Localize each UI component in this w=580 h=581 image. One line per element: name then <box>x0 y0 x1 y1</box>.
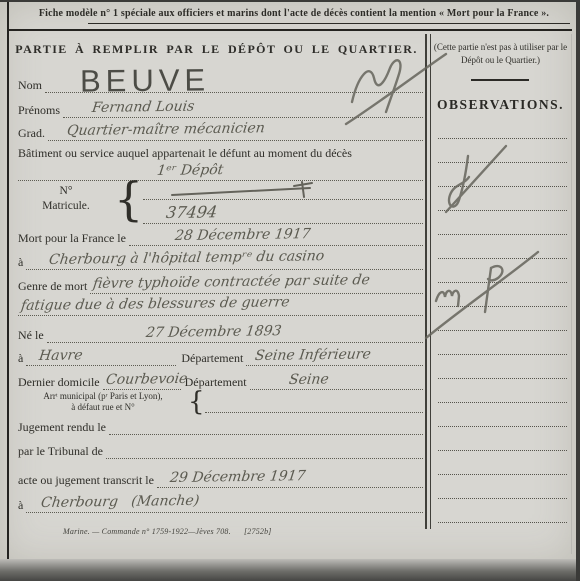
observations-title: OBSERVATIONS. <box>429 97 572 113</box>
field-nom: Nom BEUVE <box>18 71 423 93</box>
field-ne-a-label: à <box>18 352 26 366</box>
ruled-line <box>438 235 567 259</box>
ruled-line <box>438 115 567 139</box>
banner-underline <box>88 23 570 24</box>
photo-bottom-shadow <box>0 559 576 581</box>
field-matricule-line2: 37494 <box>143 200 423 224</box>
ruled-line <box>438 355 567 379</box>
field-grade-value: Quartier-maître mécanicien <box>66 120 266 139</box>
field-ne-a-line: Havre <box>26 343 176 366</box>
field-domicile-dept-value: Seine <box>288 371 330 388</box>
field-domicile-value: Courbevoie <box>105 371 188 388</box>
field-jugement-line <box>109 412 423 435</box>
field-nom-label: Nom <box>18 79 45 93</box>
field-genre-mort-value2: fatigue due à des blessures de guerre <box>20 294 291 314</box>
field-grade: Grad. Quartier-maître mécanicien <box>18 119 423 141</box>
field-jugement: Jugement rendu le <box>18 413 423 435</box>
field-genre-mort-value1: fièvre typhoïde contractée par suite de <box>92 272 371 292</box>
ruled-line <box>438 427 567 451</box>
field-transcrit-a-line: Cherbourg (Manche) <box>26 490 423 513</box>
banner-text: Fiche modèle n° 1 spéciale aux officiers… <box>14 8 574 19</box>
right-note: (Cette partie n'est pas à utiliser par l… <box>433 41 568 66</box>
field-transcrit-a-label: à <box>18 499 26 513</box>
field-nom-line: BEUVE <box>45 70 423 93</box>
observations-lines <box>438 115 567 523</box>
ruled-line <box>438 187 567 211</box>
field-ne-a-value: Havre <box>38 347 84 364</box>
field-tribunal: par le Tribunal de <box>18 437 423 459</box>
field-ne-le-value: 27 Décembre 1893 <box>145 323 282 341</box>
field-nom-value: BEUVE <box>80 64 210 96</box>
ruled-line <box>438 139 567 163</box>
field-matricule: N° Matricule. { 37494 <box>18 176 423 222</box>
ruled-line <box>438 499 567 523</box>
document-paper: Fiche modèle n° 1 spéciale aux officiers… <box>0 2 576 562</box>
field-matricule-line1 <box>143 176 423 200</box>
field-mort-le-value: 28 Décembre 1917 <box>174 226 311 244</box>
field-jugement-label: Jugement rendu le <box>18 421 109 435</box>
field-grade-line: Quartier-maître mécanicien <box>48 118 423 141</box>
field-genre-mort-label: Genre de mort <box>18 280 90 294</box>
field-genre-mort-cont: fatigue due à des blessures de guerre <box>18 294 423 316</box>
field-ne-dept-line: Seine Inférieure <box>246 343 423 366</box>
ruled-line <box>438 163 567 187</box>
field-transcrit-a-value: Cherbourg (Manche) <box>40 493 200 511</box>
field-ne-dept-value: Seine Inférieure <box>254 346 372 364</box>
right-rule <box>471 79 529 81</box>
record-card: PARTIE À REMPLIR PAR LE DÉPÔT OU LE QUAR… <box>8 29 572 564</box>
field-domicile-line: Courbevoie <box>103 367 181 390</box>
field-ne-a: à Havre Département Seine Inférieure <box>18 344 423 366</box>
field-genre-mort: Genre de mort fièvre typhoïde contractée… <box>18 272 423 294</box>
field-transcrit-value: 29 Décembre 1917 <box>169 468 306 486</box>
field-mort-le: Mort pour la France le 28 Décembre 1917 <box>18 224 423 246</box>
field-ne-dept-label: Département <box>176 352 246 366</box>
field-mort-le-line: 28 Décembre 1917 <box>129 223 423 246</box>
observations-column: (Cette partie n'est pas à utiliser par l… <box>429 31 572 541</box>
field-arrondissement: Arrᵗ municipal (pʳ Paris et Lyon), à déf… <box>18 391 423 412</box>
field-arrondissement-line <box>205 391 423 413</box>
ruled-line <box>438 451 567 475</box>
field-ne-le-line: 27 Décembre 1893 <box>47 320 423 343</box>
field-transcrit-a: à Cherbourg (Manche) <box>18 491 423 513</box>
field-genre-mort-line1: fièvre typhoïde contractée par suite de <box>90 271 423 294</box>
field-prenoms-line: Fernand Louis <box>63 95 423 118</box>
ruled-line <box>438 331 567 355</box>
brace-icon: { <box>114 176 143 222</box>
ruled-line <box>438 283 567 307</box>
ruled-line <box>438 259 567 283</box>
field-ne-le: Né le 27 Décembre 1893 <box>18 321 423 343</box>
field-domicile-label: Dernier domicile <box>18 376 103 390</box>
field-mort-a-label: à <box>18 256 26 270</box>
field-ne-le-label: Né le <box>18 329 47 343</box>
field-tribunal-label: par le Tribunal de <box>18 445 106 459</box>
field-arrondissement-label: Arrᵗ municipal (pʳ Paris et Lyon), à déf… <box>18 391 188 412</box>
field-prenoms-value: Fernand Louis <box>91 99 195 116</box>
brace-icon: { <box>188 391 205 412</box>
field-mort-le-label: Mort pour la France le <box>18 232 129 246</box>
field-genre-mort-line2: fatigue due à des blessures de guerre <box>18 293 423 316</box>
field-matricule-value: 37494 <box>165 202 218 222</box>
field-prenoms: Prénoms Fernand Louis <box>18 96 423 118</box>
banner: Fiche modèle n° 1 spéciale aux officiers… <box>0 2 576 29</box>
ruled-line <box>438 379 567 403</box>
left-section-title: PARTIE À REMPLIR PAR LE DÉPÔT OU LE QUAR… <box>8 42 425 57</box>
field-transcrit: acte ou jugement transcrit le 29 Décembr… <box>18 466 423 488</box>
field-transcrit-line: 29 Décembre 1917 <box>157 465 423 488</box>
field-grade-label: Grad. <box>18 127 48 141</box>
field-mort-a-value: Cherbourg à l'hôpital tempʳᵉ du casino <box>48 248 325 268</box>
field-domicile: Dernier domicile Courbevoie Département … <box>18 368 423 390</box>
field-matricule-label: N° Matricule. <box>18 176 114 222</box>
ruled-line <box>438 307 567 331</box>
field-mort-a: à Cherbourg à l'hôpital tempʳᵉ du casino <box>18 248 423 270</box>
printer-imprint: Marine. — Commande n° 1759-1922—Jèves 70… <box>63 527 272 536</box>
ruled-line <box>438 403 567 427</box>
field-transcrit-label: acte ou jugement transcrit le <box>18 474 157 488</box>
ruled-line <box>438 211 567 235</box>
field-tribunal-line <box>106 436 423 459</box>
field-domicile-dept-line: Seine <box>250 367 423 390</box>
field-prenoms-label: Prénoms <box>18 104 63 118</box>
ruled-line <box>438 475 567 499</box>
field-mort-a-line: Cherbourg à l'hôpital tempʳᵉ du casino <box>26 247 423 270</box>
